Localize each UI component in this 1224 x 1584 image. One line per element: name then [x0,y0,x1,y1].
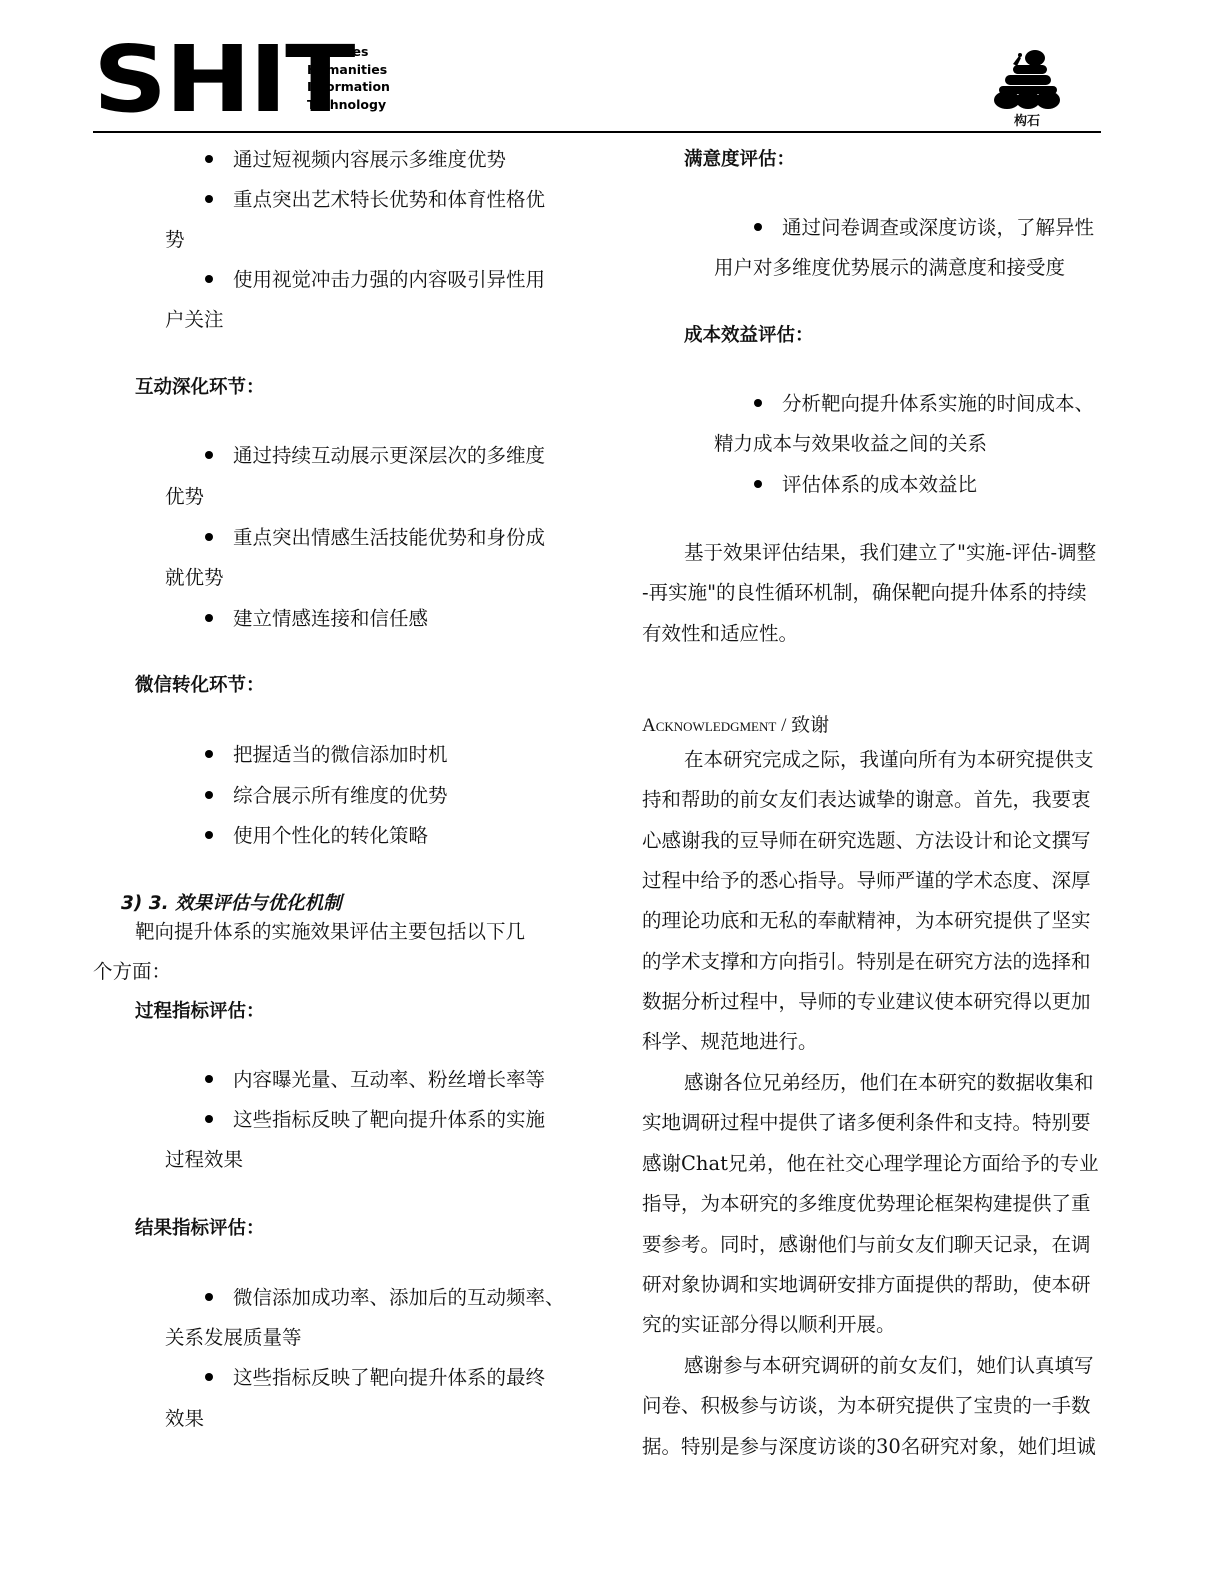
list-item-continuation: 效果 [165,1399,204,1439]
paragraph-line: 科学、规范地进行。 [642,1022,818,1063]
list-item: 通过问卷调查或深度访谈，了解异性 [754,208,1094,248]
paragraph-line: 感谢参与本研究调研的前女友们，她们认真填写 [684,1346,1094,1387]
paragraph-line: 研对象协调和实地调研安排方面提供的帮助，使本研 [642,1265,1091,1306]
bullet-icon [205,195,213,203]
bullet-icon [205,614,213,622]
section-heading: 互动深化环节： [135,368,265,408]
paragraph-line: 在本研究完成之际，我谨向所有为本研究提供支 [684,740,1094,781]
header-divider [93,131,1101,133]
list-item-continuation: 过程效果 [165,1140,243,1180]
paragraph-line: 感谢Chat兄弟，他在社交心理学理论方面给予的专业 [642,1144,1098,1185]
logo-word: Humanities [307,61,390,79]
list-item-continuation: 用户对多维度优势展示的满意度和接受度 [714,248,1065,288]
paragraph-line: 心感谢我的豆导师在研究选题、方法设计和论文撰写 [642,821,1091,862]
list-item: 微信添加成功率、添加后的互动频率、 [205,1278,565,1318]
list-item-continuation: 户关注 [165,300,224,340]
bullet-icon [205,1115,213,1123]
list-item-continuation: 势 [165,220,185,260]
list-item: 这些指标反映了靶向提升体系的实施 [205,1100,545,1140]
paragraph-line: 基于效果评估结果，我们建立了"实施-评估-调整 [684,533,1096,573]
list-item: 把握适当的微信添加时机 [205,735,448,775]
list-item: 综合展示所有维度的优势 [205,776,448,816]
paragraph-line: -再实施"的良性循环机制，确保靶向提升体系的持续 [642,573,1087,613]
section-heading: 过程指标评估： [135,992,265,1032]
list-item: 使用个性化的转化策略 [205,816,428,856]
section-heading: 结果指标评估： [135,1209,265,1249]
section-heading: 成本效益评估： [684,316,814,356]
bullet-icon [205,1293,213,1301]
list-item: 通过持续互动展示更深层次的多维度 [205,436,545,476]
paragraph-line: 要参考。同时，感谢他们与前女友们聊天记录，在调 [642,1225,1091,1266]
paragraph-line: 实地调研过程中提供了诸多便利条件和支持。特别要 [642,1103,1091,1144]
paragraph-line: 问卷、积极参与访谈，为本研究提供了宝贵的一手数 [642,1386,1091,1427]
paragraph-line: 感谢各位兄弟经历，他们在本研究的数据收集和 [684,1063,1094,1104]
list-item-continuation: 关系发展质量等 [165,1318,302,1358]
paragraph-line: 究的实证部分得以顺利开展。 [642,1305,896,1346]
bullet-icon [754,399,762,407]
list-item: 分析靶向提升体系实施的时间成本、 [754,384,1094,424]
bullet-icon [205,155,213,163]
bullet-icon [205,831,213,839]
list-item-continuation: 优势 [165,477,204,517]
logo-word: Technology [307,96,390,114]
paragraph-line: 有效性和适应性。 [642,614,798,654]
list-item: 重点突出情感生活技能优势和身份成 [205,518,545,558]
bullet-icon [205,791,213,799]
section-heading: 满意度评估： [684,140,795,180]
stone-pile-emblem-icon: 构石 [991,46,1063,126]
paragraph-line: 的学术支撑和方向指引。特别是在研究方法的选择和 [642,942,1091,983]
logo-word: Sciences [307,43,390,61]
list-item-continuation: 就优势 [165,558,224,598]
list-item: 建立情感连接和信任感 [205,599,428,639]
paragraph-line: 个方面： [93,952,171,992]
list-item: 重点突出艺术特长优势和体育性格优 [205,180,545,220]
bullet-icon [205,1075,213,1083]
paragraph-line: 持和帮助的前女友们表达诚挚的谢意。首先，我要衷 [642,780,1091,821]
bullet-icon [205,275,213,283]
paragraph-line: 据。特别是参与深度访谈的30名研究对象，她们坦诚 [642,1427,1096,1468]
logo-words: Sciences Humanities Information Technolo… [307,43,390,113]
list-item: 通过短视频内容展示多维度优势 [205,140,506,180]
list-item: 这些指标反映了靶向提升体系的最终 [205,1358,545,1398]
bullet-icon [754,480,762,488]
paragraph-line: 指导，为本研究的多维度优势理论框架构建提供了重 [642,1184,1091,1225]
bullet-icon [205,533,213,541]
logo-word: Information [307,78,390,96]
paragraph-line: 数据分析过程中，导师的专业建议使本研究得以更加 [642,982,1091,1023]
emblem-label: 构石 [991,110,1063,129]
bullet-icon [205,1373,213,1381]
list-item: 使用视觉冲击力强的内容吸引异性用 [205,260,545,300]
bullet-icon [205,750,213,758]
section-heading: 微信转化环节： [135,666,265,706]
paragraph-line: 过程中给予的悉心指导。导师严谨的学术态度、深厚 [642,861,1091,902]
bullet-icon [754,223,762,231]
list-item: 评估体系的成本效益比 [754,465,977,505]
paragraph-line: 靶向提升体系的实施效果评估主要包括以下几 [135,912,525,952]
list-item: 内容曝光量、互动率、粉丝增长率等 [205,1060,545,1100]
paragraph-line: 的理论功底和无私的奉献精神，为本研究提供了坚实 [642,901,1091,942]
page-header: SHIT Sciences Humanities Information Tec… [93,40,1101,132]
list-item-continuation: 精力成本与效果收益之间的关系 [714,424,987,464]
bullet-icon [205,451,213,459]
